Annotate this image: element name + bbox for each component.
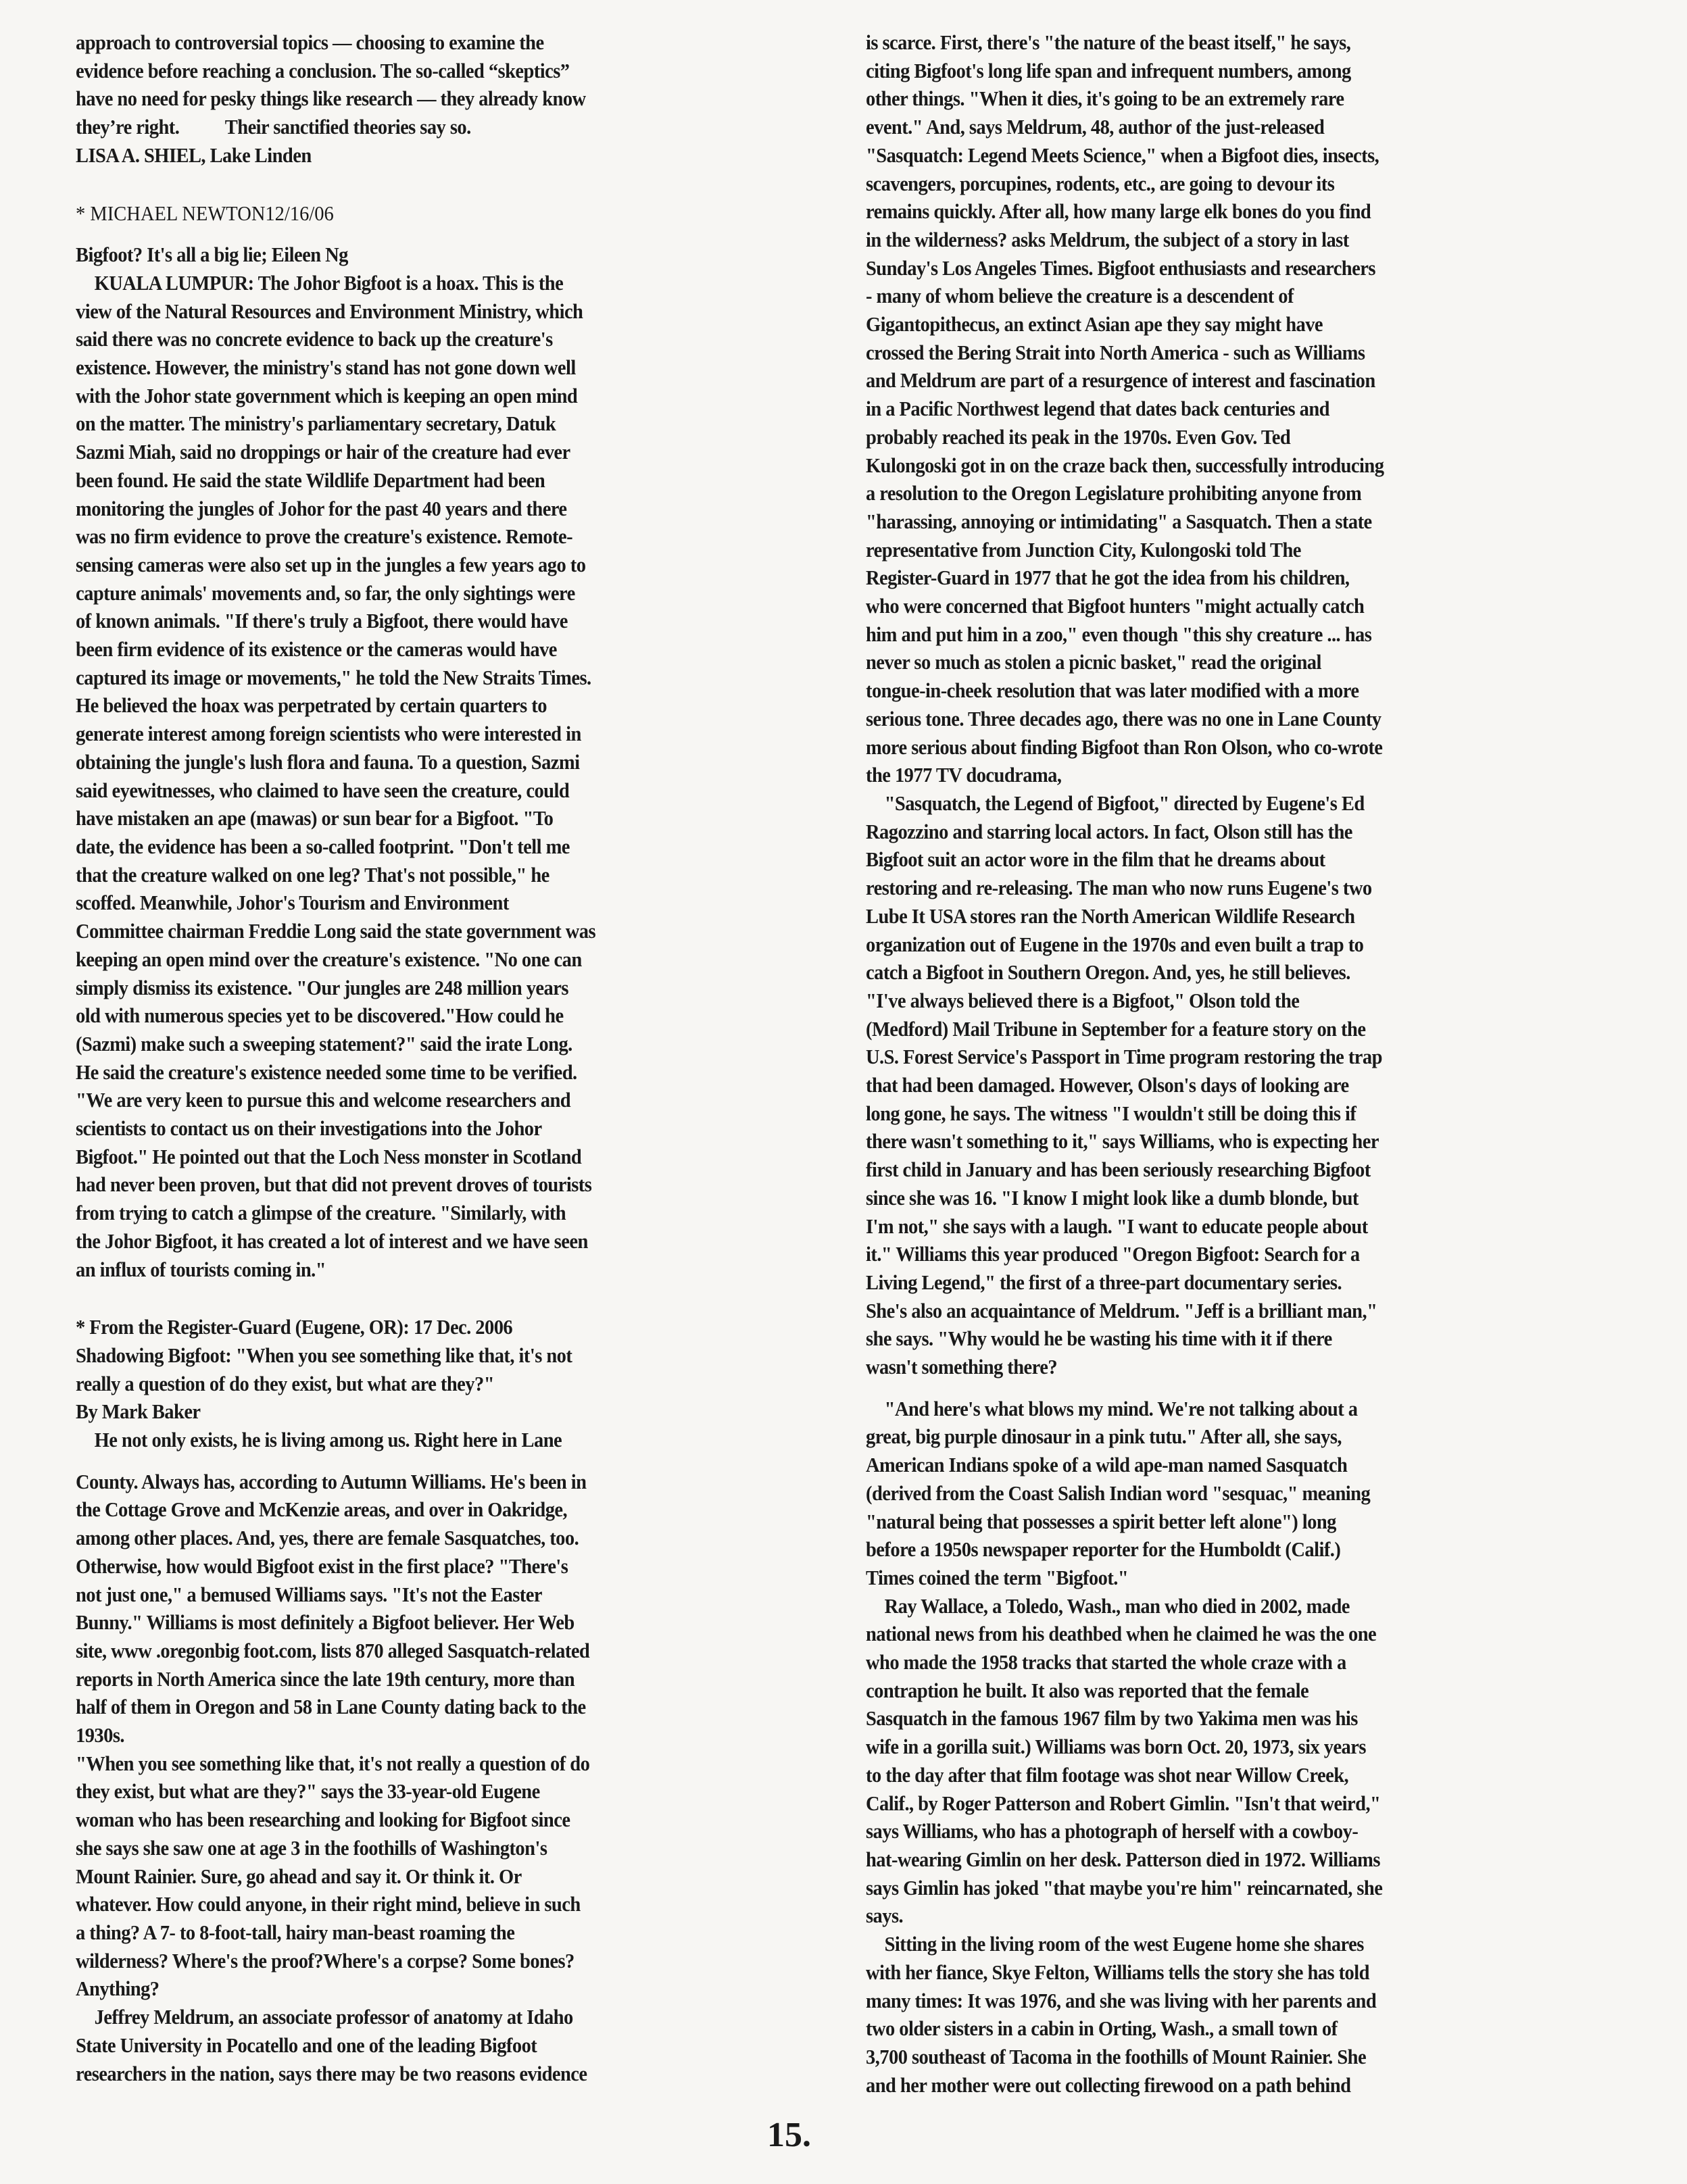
text-line: "I've always believed there is a Bigfoot…: [866, 987, 1590, 1015]
text-line: Mount Rainier. Sure, go ahead and say it…: [76, 1862, 750, 1891]
text-line: 1930s.: [76, 1721, 750, 1749]
text-line: wife in a gorilla suit.) Williams was bo…: [866, 1733, 1590, 1761]
text-line: said there was no concrete evidence to b…: [76, 325, 750, 353]
text-line: tongue-in-cheek resolution that was late…: [866, 676, 1590, 705]
text-line: woman who has been researching and looki…: [76, 1806, 750, 1834]
article-body: KUALA LUMPUR: The Johor Bigfoot is a hoa…: [76, 269, 750, 1283]
text-line: the 1977 TV docudrama,: [866, 761, 1590, 789]
text-line: many times: It was 1976, and she was liv…: [866, 1987, 1590, 2015]
text-line: first child in January and has been seri…: [866, 1156, 1590, 1184]
text-line: that the creature walked on one leg? Tha…: [76, 861, 750, 889]
text-line: monitoring the jungles of Johor for the …: [76, 495, 750, 523]
text-line: who made the 1958 tracks that started th…: [866, 1648, 1590, 1677]
text-line: "natural being that possesses a spirit b…: [866, 1508, 1590, 1536]
letter-signature: LISA A. SHIEL, Lake Linden: [76, 141, 750, 170]
text-fragment: they’re right.: [76, 113, 225, 141]
text-line: long gone, he says. The witness "I would…: [866, 1099, 1590, 1128]
text-line: He believed the hoax was perpetrated by …: [76, 691, 750, 720]
text-line: Bigfoot." He pointed out that the Loch N…: [76, 1143, 750, 1171]
text-line: among other places. And, yes, there are …: [76, 1524, 750, 1552]
item-header: * From the Register-Guard (Eugene, OR): …: [76, 1313, 750, 1341]
text-line: said eyewitnesses, who claimed to have s…: [76, 776, 750, 805]
text-line: "Sasquatch: Legend Meets Science," when …: [866, 141, 1590, 170]
article-body: County. Always has, according to Autumn …: [76, 1468, 750, 2087]
right-column: is scarce. First, there's "the nature of…: [866, 28, 1590, 2099]
text-line: Bunny." Williams is most definitely a Bi…: [76, 1608, 750, 1637]
text-line: date, the evidence has been a so-called …: [76, 833, 750, 861]
text-line: (Medford) Mail Tribune in September for …: [866, 1015, 1590, 1043]
text-line: says.: [866, 1902, 1590, 1930]
text-line: sensing cameras were also set up in the …: [76, 551, 750, 579]
text-line: the Johor Bigfoot, it has created a lot …: [76, 1227, 750, 1256]
text-line: "And here's what blows my mind. We're no…: [866, 1395, 1590, 1423]
text-line: citing Bigfoot's long life span and infr…: [866, 57, 1590, 85]
text-line: a thing? A 7- to 8-foot-tall, hairy man-…: [76, 1918, 750, 1947]
text-line: the Cottage Grove and McKenzie areas, an…: [76, 1495, 750, 1524]
text-line: an influx of tourists coming in.": [76, 1256, 750, 1284]
text-line: Anything?: [76, 1975, 750, 2003]
text-line: Register-Guard in 1977 that he got the i…: [866, 564, 1590, 592]
text-line: Sitting in the living room of the west E…: [866, 1930, 1590, 1958]
text-line: I'm not," she says with a laugh. "I want…: [866, 1212, 1590, 1241]
text-line: Committee chairman Freddie Long said the…: [76, 917, 750, 945]
text-line: it." Williams this year produced "Oregon…: [866, 1240, 1590, 1268]
text-line: in the wilderness? asks Meldrum, the sub…: [866, 226, 1590, 254]
text-line: evidence before reaching a conclusion. T…: [76, 57, 750, 85]
text-line: simply dismiss its existence. "Our jungl…: [76, 974, 750, 1002]
text-line: other things. "When it dies, it's going …: [866, 84, 1590, 113]
text-line: "When you see something like that, it's …: [76, 1749, 750, 1778]
letter-ending: approach to controversial topics — choos…: [76, 28, 750, 170]
text-line: Ray Wallace, a Toledo, Wash., man who di…: [866, 1592, 1590, 1620]
text-line: whatever. How could anyone, in their rig…: [76, 1890, 750, 1918]
text-line: serious tone. Three decades ago, there w…: [866, 705, 1590, 733]
text-line: Jeffrey Meldrum, an associate professor …: [76, 2003, 750, 2031]
text-line: scavengers, porcupines, rodents, etc., a…: [866, 170, 1590, 198]
text-line: not just one," a bemused Williams says. …: [76, 1581, 750, 1609]
text-line: obtaining the jungle's lush flora and fa…: [76, 748, 750, 776]
text-line: catch a Bigfoot in Southern Oregon. And,…: [866, 958, 1590, 987]
text-line: have no need for pesky things like resea…: [76, 84, 750, 113]
text-line: representative from Junction City, Kulon…: [866, 536, 1590, 564]
text-line: 3,700 southeast of Tacoma in the foothil…: [866, 2043, 1590, 2071]
text-line: American Indians spoke of a wild ape-man…: [866, 1451, 1590, 1479]
text-line: "We are very keen to pursue this and wel…: [76, 1086, 750, 1114]
text-line: She's also an acquaintance of Meldrum. "…: [866, 1297, 1590, 1325]
text-line: since she was 16. "I know I might look l…: [866, 1184, 1590, 1212]
text-line: remains quickly. After all, how many lar…: [866, 197, 1590, 226]
text-line: she says. "Why would he be wasting his t…: [866, 1324, 1590, 1353]
text-line: him and put him in a zoo," even though "…: [866, 620, 1590, 649]
text-line: Sunday's Los Angeles Times. Bigfoot enth…: [866, 254, 1590, 282]
text-line: "harassing, annoying or intimidating" a …: [866, 507, 1590, 536]
text-line: (Sazmi) make such a sweeping statement?"…: [76, 1030, 750, 1058]
left-column: approach to controversial topics — choos…: [76, 28, 750, 2087]
text-fragment: Their sanctified theories say so.: [225, 115, 471, 139]
text-line: Times coined the term "Bigfoot.": [866, 1564, 1590, 1592]
text-line: who were concerned that Bigfoot hunters …: [866, 592, 1590, 620]
text-line: Lube It USA stores ran the North America…: [866, 902, 1590, 930]
text-line: organization out of Eugene in the 1970s …: [866, 930, 1590, 959]
text-line: reports in North America since the late …: [76, 1665, 750, 1693]
text-line: Calif., by Roger Patterson and Robert Gi…: [866, 1789, 1590, 1818]
text-line: wasn't something there?: [866, 1353, 1590, 1381]
text-line: in a Pacific Northwest legend that dates…: [866, 395, 1590, 423]
text-line: probably reached its peak in the 1970s. …: [866, 423, 1590, 451]
article-headline: Bigfoot? It's all a big lie; Eileen Ng: [76, 241, 750, 269]
text-line: Ragozzino and starring local actors. In …: [866, 818, 1590, 846]
text-line: is scarce. First, there's "the nature of…: [866, 28, 1590, 57]
text-line: restoring and re-releasing. The man who …: [866, 874, 1590, 902]
text-line: hat-wearing Gimlin on her desk. Patterso…: [866, 1845, 1590, 1874]
text-line: County. Always has, according to Autumn …: [76, 1468, 750, 1496]
text-line: keeping an open mind over the creature's…: [76, 945, 750, 974]
text-line: Sasquatch in the famous 1967 film by two…: [866, 1704, 1590, 1733]
text-line: event." And, says Meldrum, 48, author of…: [866, 113, 1590, 141]
text-line: have mistaken an ape (mawas) or sun bear…: [76, 804, 750, 833]
article-headline: really a question of do they exist, but …: [76, 1370, 750, 1398]
text-line: before a 1950s newspaper reporter for th…: [866, 1535, 1590, 1564]
text-line: generate interest among foreign scientis…: [76, 720, 750, 748]
article-continuation: is scarce. First, there's "the nature of…: [866, 28, 1590, 2099]
text-line: was no firm evidence to prove the creatu…: [76, 522, 750, 551]
text-line: Otherwise, how would Bigfoot exist in th…: [76, 1552, 750, 1581]
article-byline: By Mark Baker: [76, 1397, 750, 1426]
text-line: more serious about finding Bigfoot than …: [866, 733, 1590, 762]
text-line: old with numerous species yet to be disc…: [76, 1001, 750, 1030]
text-line: capture animals' movements and, so far, …: [76, 579, 750, 607]
text-line: contraption he built. It also was report…: [866, 1677, 1590, 1705]
text-line: they’re right.Their sanctified theories …: [76, 113, 750, 141]
text-line: existence. However, the ministry's stand…: [76, 353, 750, 382]
text-line: Kulongoski got in on the craze back then…: [866, 451, 1590, 480]
text-line: great, big purple dinosaur in a pink tut…: [866, 1422, 1590, 1451]
text-line: Living Legend," the first of a three-par…: [866, 1268, 1590, 1297]
text-line: there wasn't something to it," says Will…: [866, 1127, 1590, 1156]
text-line: Bigfoot suit an actor wore in the film t…: [866, 845, 1590, 874]
text-line: Gigantopithecus, an extinct Asian ape th…: [866, 310, 1590, 339]
text-line: from trying to catch a glimpse of the cr…: [76, 1199, 750, 1227]
text-line: site, www .oregonbig foot.com, lists 870…: [76, 1637, 750, 1665]
text-line: had never been proven, but that did not …: [76, 1170, 750, 1199]
text-line: two older sisters in a cabin in Orting, …: [866, 2014, 1590, 2043]
text-line: with the Johor state government which is…: [76, 382, 750, 410]
text-line: scientists to contact us on their invest…: [76, 1114, 750, 1143]
text-line: been firm evidence of its existence or t…: [76, 635, 750, 664]
page-number: 15.: [767, 2115, 811, 2155]
text-line: He not only exists, he is living among u…: [76, 1426, 750, 1454]
text-line: says Gimlin has joked "that maybe you're…: [866, 1874, 1590, 1902]
text-line: KUALA LUMPUR: The Johor Bigfoot is a hoa…: [76, 269, 750, 297]
text-line: scoffed. Meanwhile, Johor's Tourism and …: [76, 889, 750, 917]
text-line: wilderness? Where's the proof?Where's a …: [76, 1947, 750, 1975]
text-line: Sazmi Miah, said no droppings or hair of…: [76, 438, 750, 466]
text-line: half of them in Oregon and 58 in Lane Co…: [76, 1693, 750, 1721]
item-header: * MICHAEL NEWTON12/16/06: [76, 199, 750, 228]
text-line: and Meldrum are part of a resurgence of …: [866, 366, 1590, 395]
text-line: on the matter. The ministry's parliament…: [76, 409, 750, 438]
text-line: He said the creature's existence needed …: [76, 1058, 750, 1087]
text-line: they exist, but what are they?" says the…: [76, 1777, 750, 1806]
text-line: "Sasquatch, the Legend of Bigfoot," dire…: [866, 789, 1590, 818]
text-line: says Williams, who has a photograph of h…: [866, 1817, 1590, 1845]
text-line: to the day after that film footage was s…: [866, 1761, 1590, 1789]
text-line: captured its image or movements," he tol…: [76, 664, 750, 692]
text-line: that had been damaged. However, Olson's …: [866, 1071, 1590, 1099]
text-line: researchers in the nation, says there ma…: [76, 2060, 750, 2088]
text-line: of known animals. "If there's truly a Bi…: [76, 607, 750, 635]
text-line: approach to controversial topics — choos…: [76, 28, 750, 57]
text-line: national news from his deathbed when he …: [866, 1620, 1590, 1648]
text-line: - many of whom believe the creature is a…: [866, 282, 1590, 310]
text-line: and her mother were out collecting firew…: [866, 2071, 1590, 2100]
article-headline: Shadowing Bigfoot: "When you see somethi…: [76, 1341, 750, 1370]
text-line: State University in Pocatello and one of…: [76, 2031, 750, 2060]
text-line: view of the Natural Resources and Enviro…: [76, 297, 750, 326]
text-line: U.S. Forest Service's Passport in Time p…: [866, 1043, 1590, 1071]
text-line: (derived from the Coast Salish Indian wo…: [866, 1479, 1590, 1508]
text-line: a resolution to the Oregon Legislature p…: [866, 479, 1590, 507]
text-line: been found. He said the state Wildlife D…: [76, 466, 750, 495]
text-line: crossed the Bering Strait into North Ame…: [866, 339, 1590, 367]
text-line: never so much as stolen a picnic basket,…: [866, 648, 1590, 676]
text-line: she says she saw one at age 3 in the foo…: [76, 1834, 750, 1862]
text-line: with her fiance, Skye Felton, Williams t…: [866, 1958, 1590, 1987]
